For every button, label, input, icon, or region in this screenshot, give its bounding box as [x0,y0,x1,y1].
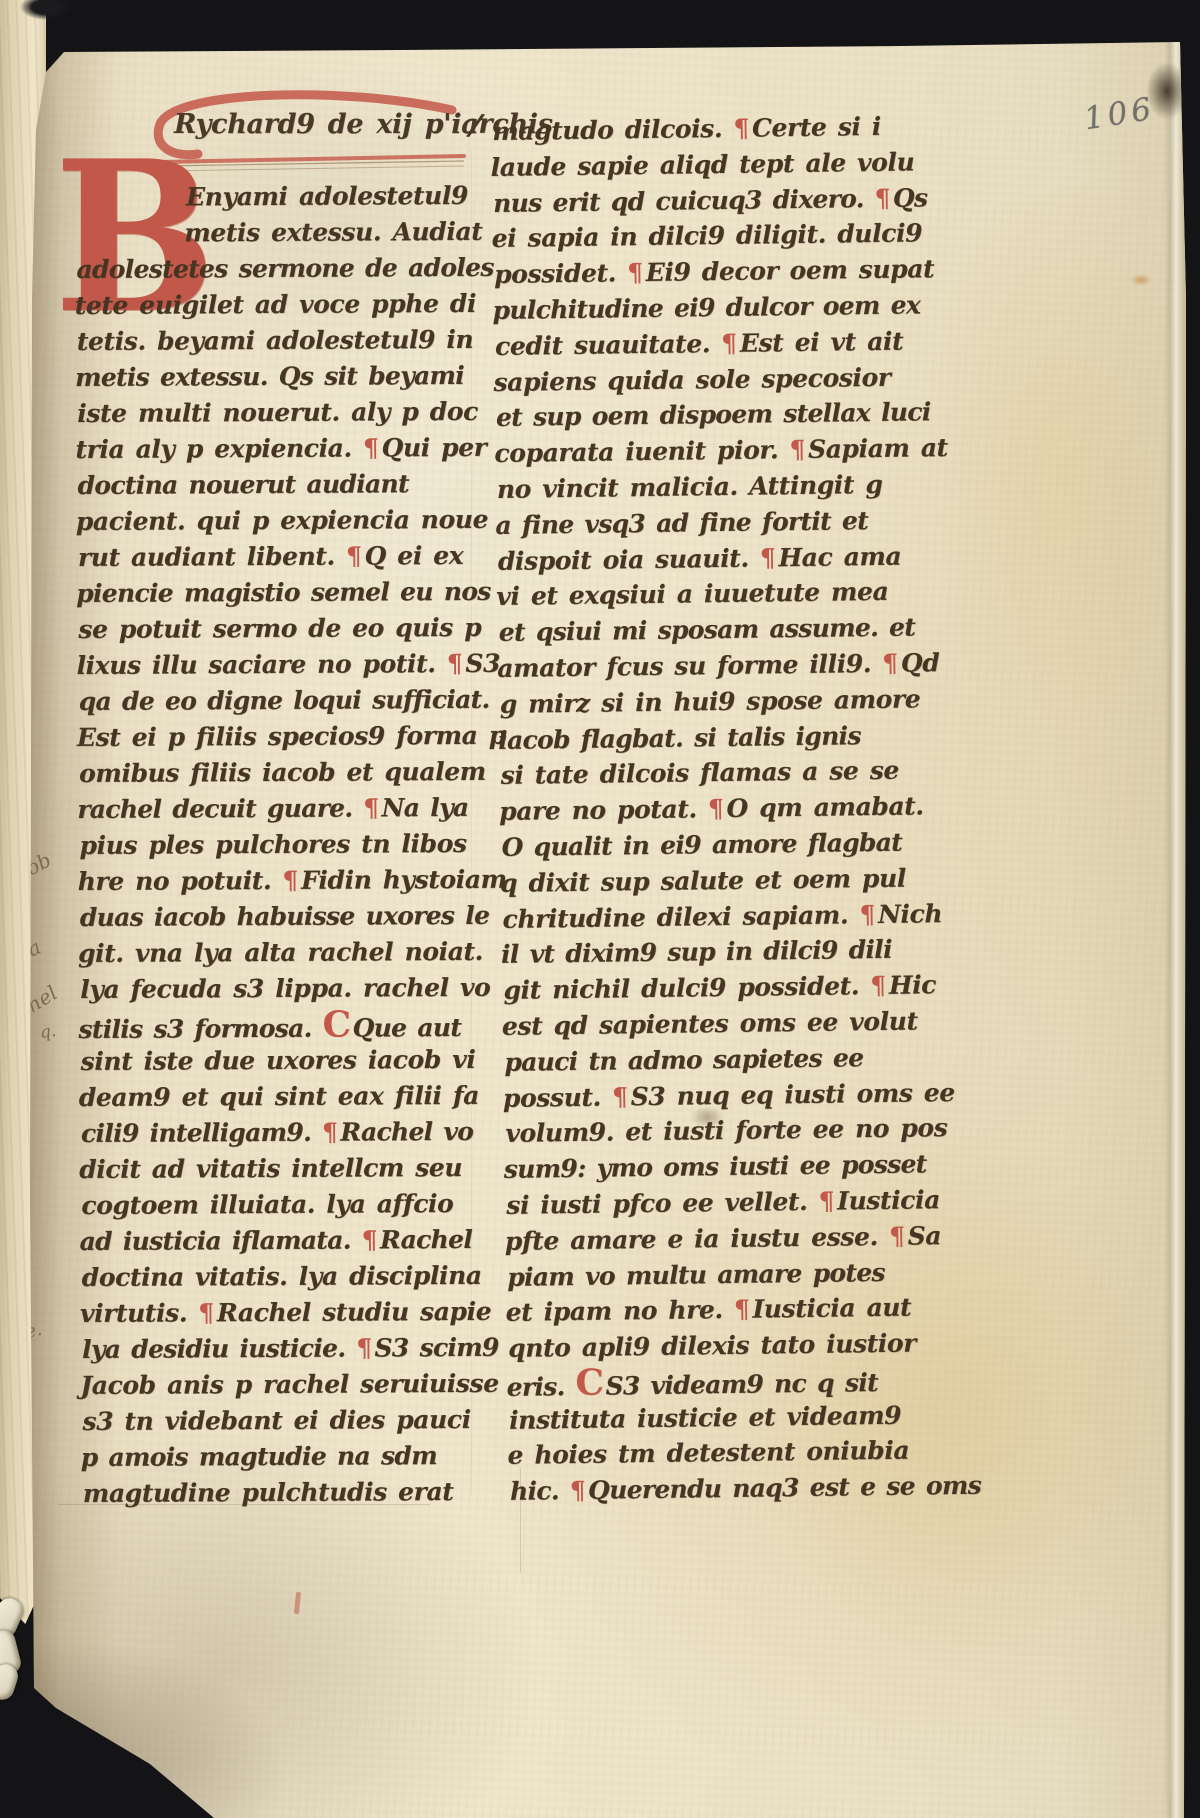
rubric-paraph: ¶ [789,435,805,464]
text-line: hre no potuit. ¶Fidin hystoiam [78,862,486,900]
text-column-right: magtudo dilcois. ¶Certe si ilaude sapie … [490,108,988,1510]
rubric-paraph: ¶ [721,329,737,358]
text-line: git. vna lya alta rachel noiat. [78,934,486,972]
text-line: laude sapie aliqd tept ale volu [490,144,970,186]
text-line: ad iusticia iflamata. ¶Rachel [79,1222,487,1260]
text-line: coparata iuenit pior. ¶Sapiam at [494,430,974,472]
rubric-paraph: ¶ [612,1082,628,1111]
text-line: g mirz si in hui9 spose amore [499,680,977,722]
rubric-paraph: ¶ [733,114,749,143]
text-line: p amois magtudie na sdm [81,1438,489,1476]
rubric-paraph: ¶ [627,258,643,287]
text-line: pfte amare e ia iustu esse. ¶Sa [505,1217,985,1259]
rubric-paraph: ¶ [889,1221,905,1250]
text-column-left: Enyami adolestetul9metis extessu. Audiat… [74,178,489,1512]
text-line: sint iste due uxores iacob vi [81,1042,487,1080]
rubric-paraph: ¶ [882,649,898,678]
rubric-paraph: ¶ [818,1186,834,1215]
text-line: Est ei p filiis specios9 forma p [77,718,485,756]
page-right-edge [1164,40,1186,1818]
text-line: stilis s3 formosa. CQue aut [78,1006,486,1044]
text-line: cili9 intelligam9. ¶Rachel vo [81,1114,487,1152]
text-line: rachel decuit guare. ¶Na lya [77,790,485,828]
rubric-paraph: ¶ [356,1333,371,1362]
text-line: s3 tn videbant ei dies pauci [82,1402,488,1440]
text-line: metis extessu. Audiat [74,214,482,252]
rubric-paraph: ¶ [874,183,890,212]
text-line: qnto apli9 dilexis tato iustior [508,1325,986,1367]
rubric-paraph: ¶ [570,1476,586,1505]
rubric-paraph: ¶ [322,1118,337,1147]
rubric-paraph: ¶ [282,866,298,895]
rubric-paraph: ¶ [363,433,379,462]
text-line: pulchitudine ei9 dulcor oem ex [492,287,972,329]
text-line: doctina vitatis. lya disciplina [82,1258,488,1296]
margin-note: q. [39,1021,58,1043]
text-line: amator fcus su forme illi9. ¶Qd [497,645,977,687]
text-line: omibus filiis iacob et qualem [79,754,485,792]
text-line: se potuit sermo de eo quis p [78,610,484,648]
rubric-capitulum: C [323,1004,351,1046]
text-line: Jacob anis p rachel seruiuisse [80,1366,488,1404]
text-line: rut audiant libent. ¶Q ei ex [78,538,484,576]
text-line: si iusti pfco ee vellet. ¶Iusticia [506,1182,984,1224]
rubric-paraph: ¶ [198,1298,214,1327]
text-line: lya fecuda s3 lippa. rachel vo [80,970,486,1008]
text-line: sum9: ymo oms iusti ee posset [504,1146,984,1188]
text-line: tete euigilet ad voce pphe di [75,286,483,324]
text-line: duas iacob habuisse uxores le [80,898,486,936]
text-line: iste multi nouerut. aly p doc [77,394,483,432]
text-line: git nichil dulci9 possidet. ¶Hic [503,967,981,1009]
text-line: est qd sapientes oms ee volut [502,1003,982,1045]
text-line: pius ples pulchores tn libos [79,826,485,864]
rubric-paraph: ¶ [708,794,724,823]
rubric-paraph: ¶ [734,1295,750,1324]
text-line: hic. ¶Querendu naq3 est e se oms [510,1468,988,1510]
text-line: metis extessu. Qs sit beyami [75,358,483,396]
text-line: pare no potat. ¶O qm amabat. [499,788,979,830]
text-line: virtutis. ¶Rachel studiu sapie [80,1294,488,1332]
rubric-paraph: ¶ [362,1225,377,1254]
manuscript-page: Rychard9 de xij p'iarchis ∕ B Enyami ado… [0,0,1200,1818]
text-line: deam9 et qui sint eax filii fa [79,1078,487,1116]
text-line: piencie magistio semel eu nos [76,574,484,612]
page-bottom-shadow [20,1560,360,1818]
text-line: Enyami adolestetul9 [76,178,482,216]
rubric-paraph: ¶ [363,793,378,822]
text-line: cogtoem illuiata. lya affcio [81,1186,487,1224]
rubric-paraph: ¶ [346,541,362,570]
rubric-paraph: ¶ [760,543,776,572]
text-line: chritudine dilexi sapiam. ¶Nich [502,895,980,937]
text-line: cedit suauitate. ¶Est ei vt ait [495,322,973,364]
text-line: doctina nouerut audiant [78,466,484,504]
text-line: pacient. qui p expiencia noue [76,502,484,540]
rubric-capitulum: C [575,1362,604,1404]
text-line: tria aly p expiencia. ¶Qui per [75,430,483,468]
text-line: et qsiui mi sposam assume. et [499,609,977,651]
text-line: adolestetes sermone de adoles [76,250,482,288]
text-line: dicit ad vitatis intellcm seu [79,1150,487,1188]
text-line: lya desidiu iusticie. ¶S3 scim9 [82,1330,488,1368]
text-line: tetis. beyami adolestetul9 in [77,322,483,360]
text-line: qa de eo digne loqui sufficiat. [79,682,485,720]
rubric-paraph: ¶ [870,971,886,1000]
rubric-paraph: ¶ [447,649,463,678]
text-line: magtudine pulchtudis erat [83,1474,489,1512]
rubric-paraph: ¶ [859,900,875,929]
text-line: lixus illu saciare no potit. ¶S3 [76,646,484,684]
